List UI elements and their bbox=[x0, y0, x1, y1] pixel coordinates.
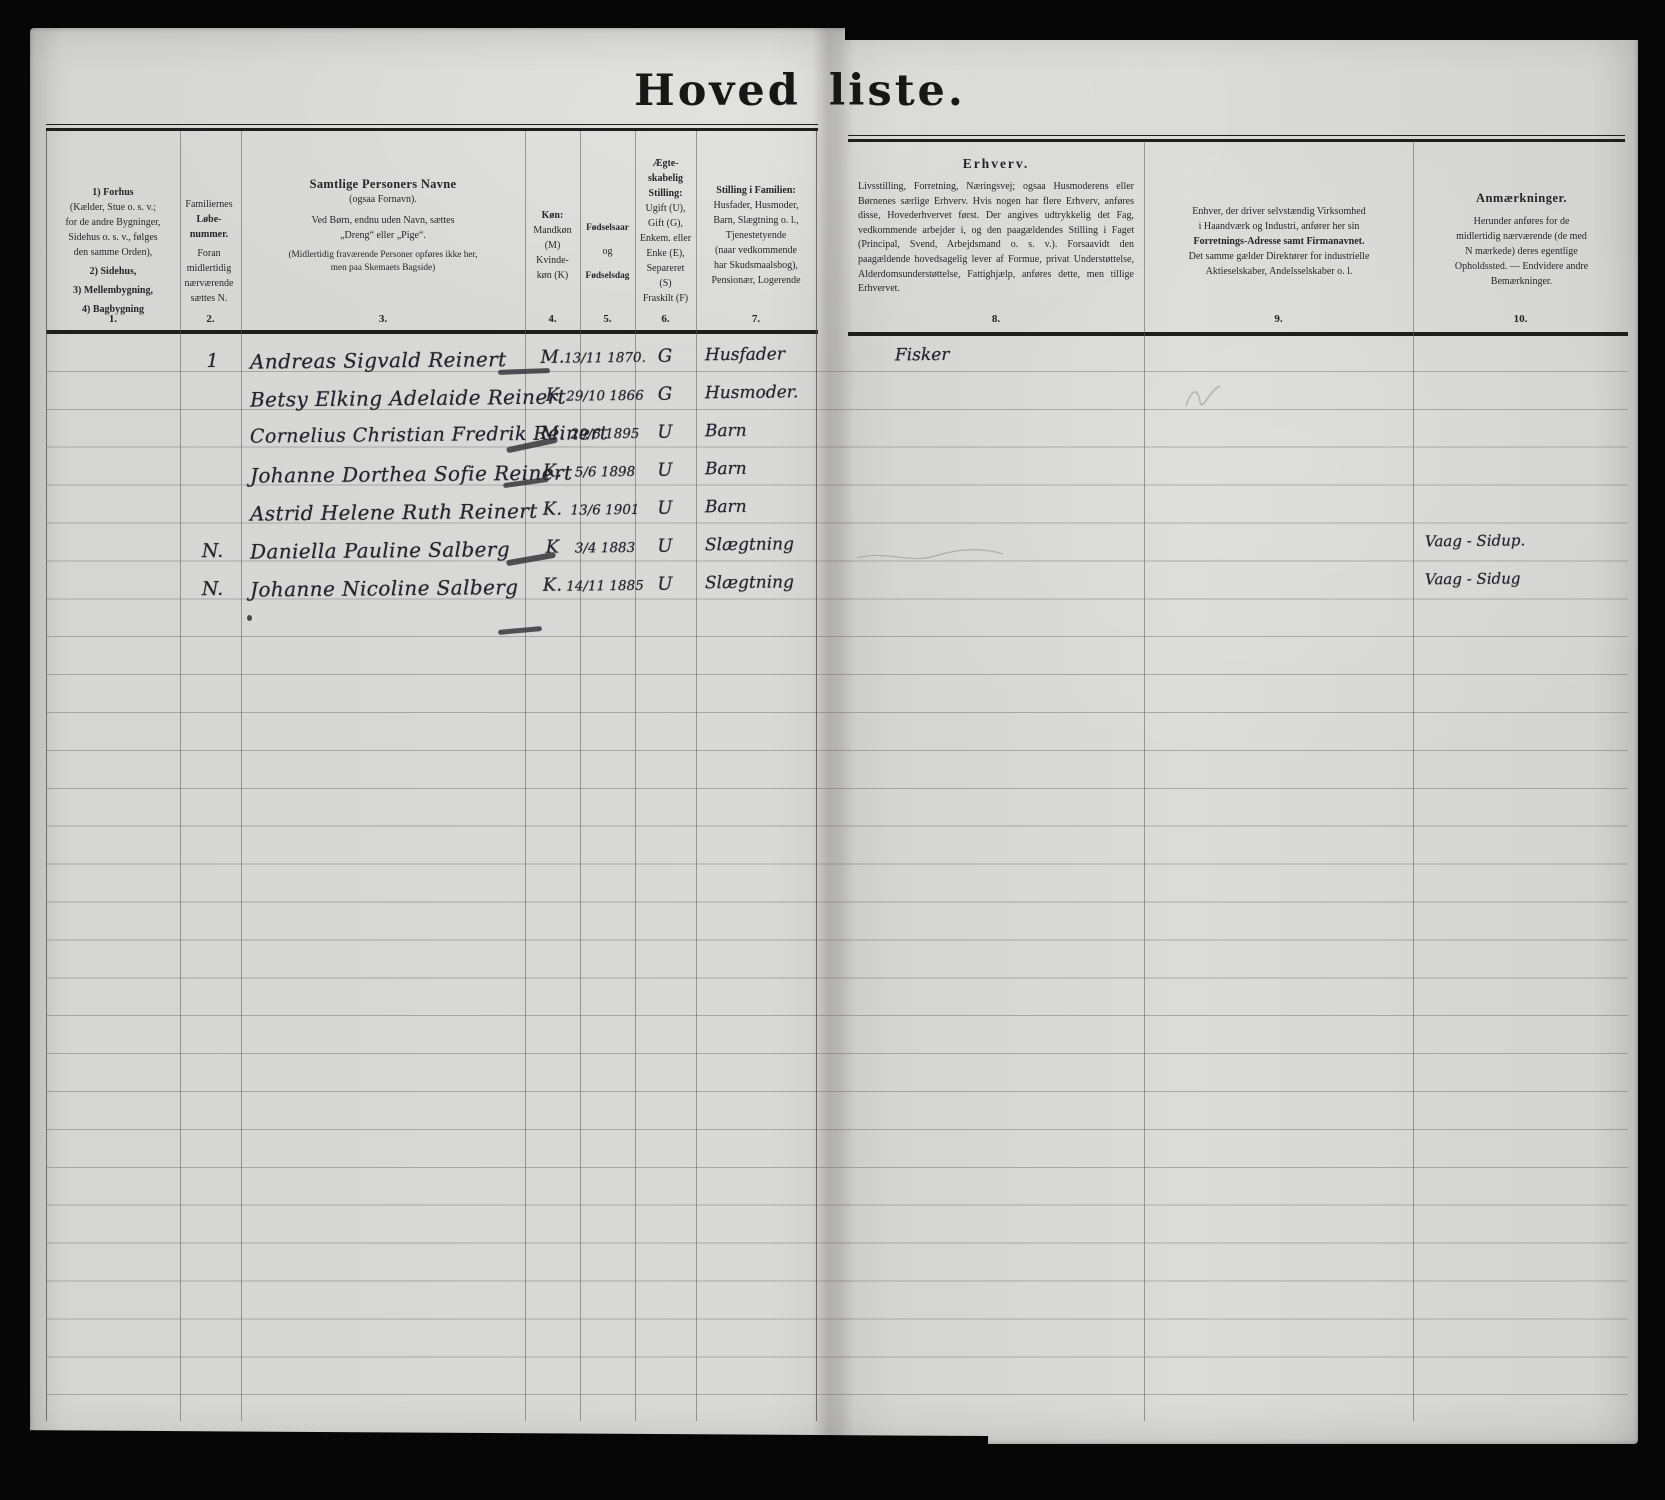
header-line: Stilling i Familien: bbox=[697, 183, 815, 198]
header-line: har Skudsmaalsbog), bbox=[697, 258, 815, 273]
column-number-10: 10. bbox=[1413, 313, 1628, 325]
header-line: Fødselsdag bbox=[581, 264, 634, 288]
header-line: midlertidig bbox=[178, 261, 240, 276]
birthdate-cell: 29/6 1895 bbox=[563, 426, 647, 443]
header-line: (S) bbox=[636, 276, 695, 291]
header-line: Køn: bbox=[526, 208, 579, 223]
header-line: Sidehus o. s. v., følges bbox=[48, 230, 178, 245]
family-position-cell: Slægtning bbox=[705, 534, 794, 555]
family-position-cell: Husfader bbox=[705, 344, 785, 365]
birthdate-cell: 13/6 1901 bbox=[563, 502, 647, 519]
occupation-cell: Fisker bbox=[895, 345, 950, 366]
header-line: skabelig bbox=[636, 171, 695, 186]
family-number-cell bbox=[185, 426, 240, 427]
header-line: (M) bbox=[526, 238, 579, 253]
marital-cell: U bbox=[636, 535, 694, 557]
header-line: Stilling: bbox=[636, 186, 695, 201]
column-number-9: 9. bbox=[1144, 313, 1413, 325]
marital-cell: U bbox=[636, 459, 694, 481]
family-number-cell: N. bbox=[185, 540, 240, 563]
header-line: Samtlige Personers Navne bbox=[243, 176, 523, 192]
top-rule-left-thin bbox=[46, 124, 818, 125]
family-number-cell: N. bbox=[185, 578, 240, 601]
header-line: Mandkøn bbox=[526, 223, 579, 238]
header-line: sættes N. bbox=[178, 291, 240, 306]
header-line: Pensionær, Logerende bbox=[697, 273, 815, 288]
birthdate-cell: 14/11 1885 bbox=[563, 578, 647, 595]
scan-background: Hoved liste. 1) Forhus (Kælder, Stue o. … bbox=[0, 0, 1665, 1500]
header-col-family-position: Stilling i Familien: Husfader, Husmoder,… bbox=[697, 183, 815, 288]
header-line: Enke (E), bbox=[636, 246, 695, 261]
header-line: Familiernes bbox=[178, 197, 240, 212]
column-number-1: 1. bbox=[46, 313, 180, 325]
header-line: og bbox=[581, 240, 634, 264]
family-number-cell: 1 bbox=[185, 350, 240, 373]
header-col-marital-status: Ægte- skabelig Stilling: Ugift (U), Gift… bbox=[636, 156, 695, 306]
header-col-sex: Køn: Mandkøn (M) Kvinde- køn (K) bbox=[526, 208, 579, 283]
name-cell: Daniella Pauline Salberg bbox=[250, 537, 510, 563]
scan-edge-top-right bbox=[845, 0, 1665, 40]
census-page-spread: Hoved liste. 1) Forhus (Kælder, Stue o. … bbox=[30, 28, 1638, 1444]
header-line: Husfader, Husmoder, bbox=[697, 198, 815, 213]
family-position-cell: Barn bbox=[705, 421, 747, 441]
header-col-remarks: Anmærkninger. Herunder anføres for de mi… bbox=[1415, 191, 1628, 289]
header-line: den samme Orden), bbox=[48, 245, 178, 260]
header-line: Opholdssted. — Endvidere andre bbox=[1415, 259, 1628, 274]
header-line: Herunder anføres for de bbox=[1415, 214, 1628, 229]
name-cell: Johanne Nicoline Salberg bbox=[250, 575, 519, 602]
ink-dot bbox=[247, 615, 252, 621]
top-rule-right-thin bbox=[848, 135, 1625, 136]
marital-cell: U bbox=[636, 497, 694, 519]
header-line: (Kælder, Stue o. s. v.; bbox=[48, 200, 178, 215]
header-line: 3) Mellembygning, bbox=[48, 283, 178, 298]
column-number-7: 7. bbox=[696, 313, 816, 325]
header-line: Det samme gælder Direktører for industri… bbox=[1146, 249, 1412, 264]
top-rule-left bbox=[46, 128, 818, 131]
column-number-6: 6. bbox=[635, 313, 696, 325]
remarks-cell: Vaag - Sidup. bbox=[1425, 531, 1525, 550]
page-title-left: Hoved bbox=[634, 66, 801, 116]
header-line: Enkem. eller bbox=[636, 231, 695, 246]
header-line: Ved Børn, endnu uden Navn, sættes bbox=[243, 213, 523, 228]
header-line: Ægte- bbox=[636, 156, 695, 171]
family-position-cell: Barn bbox=[705, 459, 747, 479]
family-position-cell: Husmoder. bbox=[705, 382, 799, 403]
family-number-cell bbox=[185, 502, 240, 503]
header-line: N mærkede) deres egentlige bbox=[1415, 244, 1628, 259]
header-col-remarks-title: Anmærkninger. bbox=[1415, 191, 1628, 206]
family-position-cell: Slægtning bbox=[705, 572, 794, 593]
header-line: Forretnings-Adresse samt Firmanavnet. bbox=[1146, 234, 1412, 249]
header-line: Kvinde- bbox=[526, 253, 579, 268]
name-cell: Betsy Elking Adelaide Reinert bbox=[250, 385, 566, 412]
remarks-cell: Vaag - Sidug bbox=[1425, 569, 1521, 588]
header-line: Gift (G), bbox=[636, 216, 695, 231]
marital-cell: G bbox=[636, 383, 694, 405]
birthdate-cell: 5/6 1898 bbox=[563, 464, 647, 481]
ink-bleed-mark bbox=[1180, 380, 1230, 414]
header-line: Foran bbox=[178, 246, 240, 261]
family-position-cell: Barn bbox=[705, 497, 747, 517]
paper-crease-mark bbox=[855, 538, 1005, 568]
header-line: Aktieselskaber, Andelsselskaber o. l. bbox=[1146, 264, 1412, 279]
column-number-8: 8. bbox=[848, 313, 1144, 325]
header-line: nærværende bbox=[178, 276, 240, 291]
name-cell: Andreas Sigvald Reinert bbox=[250, 347, 507, 373]
column-number-5: 5. bbox=[580, 313, 635, 325]
header-line: (naar vedkommende bbox=[697, 243, 815, 258]
column-number-4: 4. bbox=[525, 313, 580, 325]
header-line: (ogsaa Fornavn). bbox=[243, 192, 523, 207]
header-line: Fraskilt (F) bbox=[636, 291, 695, 306]
header-line: „Dreng“ eller „Pige“. bbox=[243, 228, 523, 243]
header-col-family-number: Familiernes Løbe- nummer. Foran midlerti… bbox=[178, 197, 240, 306]
header-line: midlertidig nærværende (de med bbox=[1415, 229, 1628, 244]
header-line: Enhver, der driver selvstændig Virksomhe… bbox=[1146, 204, 1412, 219]
header-col-buildings: 1) Forhus (Kælder, Stue o. s. v.; for de… bbox=[48, 185, 178, 317]
column-number-3: 3. bbox=[241, 313, 525, 325]
header-line: 1) Forhus bbox=[48, 185, 178, 200]
header-line: Løbe- bbox=[178, 212, 240, 227]
header-line: Tjenestetyende bbox=[697, 228, 815, 243]
header-col-names: Samtlige Personers Navne (ogsaa Fornavn)… bbox=[243, 176, 523, 275]
header-line: Fødselsaar bbox=[581, 216, 634, 240]
top-rule-right bbox=[848, 139, 1625, 142]
header-col-birthdate: Fødselsaar og Fødselsdag bbox=[581, 216, 634, 288]
header-line: i Haandværk og Industri, anfører her sin bbox=[1146, 219, 1412, 234]
header-line: nummer. bbox=[178, 227, 240, 242]
header-line: for de andre Bygninger, bbox=[48, 215, 178, 230]
header-line: Ugift (U), bbox=[636, 201, 695, 216]
birthdate-cell: 3/4 1883 bbox=[563, 540, 647, 557]
header-line: Bemærkninger. bbox=[1415, 274, 1628, 289]
birthdate-cell: 13/11 1870. bbox=[563, 350, 647, 367]
header-col-occupation-body: Livsstilling, Forretning, Næringsvej; og… bbox=[858, 180, 1134, 297]
header-line: men paa Skemaets Bagside) bbox=[243, 262, 523, 275]
name-cell: Astrid Helene Ruth Reinert bbox=[250, 499, 538, 526]
header-col-occupation: Erhverv. Livsstilling, Forretning, Nærin… bbox=[848, 156, 1144, 297]
header-line: Barn, Slægtning o. l., bbox=[697, 213, 815, 228]
header-line: 2) Sidehus, bbox=[48, 264, 178, 279]
header-line: Separeret bbox=[636, 261, 695, 276]
marital-cell: U bbox=[636, 421, 694, 443]
header-col-business-address: Enhver, der driver selvstændig Virksomhe… bbox=[1146, 204, 1412, 279]
family-number-cell bbox=[185, 388, 240, 389]
marital-cell: G bbox=[636, 345, 694, 367]
family-number-cell bbox=[185, 464, 240, 465]
column-number-2: 2. bbox=[180, 313, 241, 325]
header-line: (Midlertidig fraværende Personer opføres… bbox=[243, 249, 523, 262]
birthdate-cell: 29/10 1866 bbox=[563, 388, 647, 405]
header-line: køn (K) bbox=[526, 268, 579, 283]
page-title: Hoved liste. bbox=[0, 66, 1604, 116]
scan-edge-bottom bbox=[0, 1444, 1665, 1500]
page-title-right: liste. bbox=[829, 66, 966, 116]
header-col-occupation-title: Erhverv. bbox=[848, 156, 1144, 172]
marital-cell: U bbox=[636, 573, 694, 595]
